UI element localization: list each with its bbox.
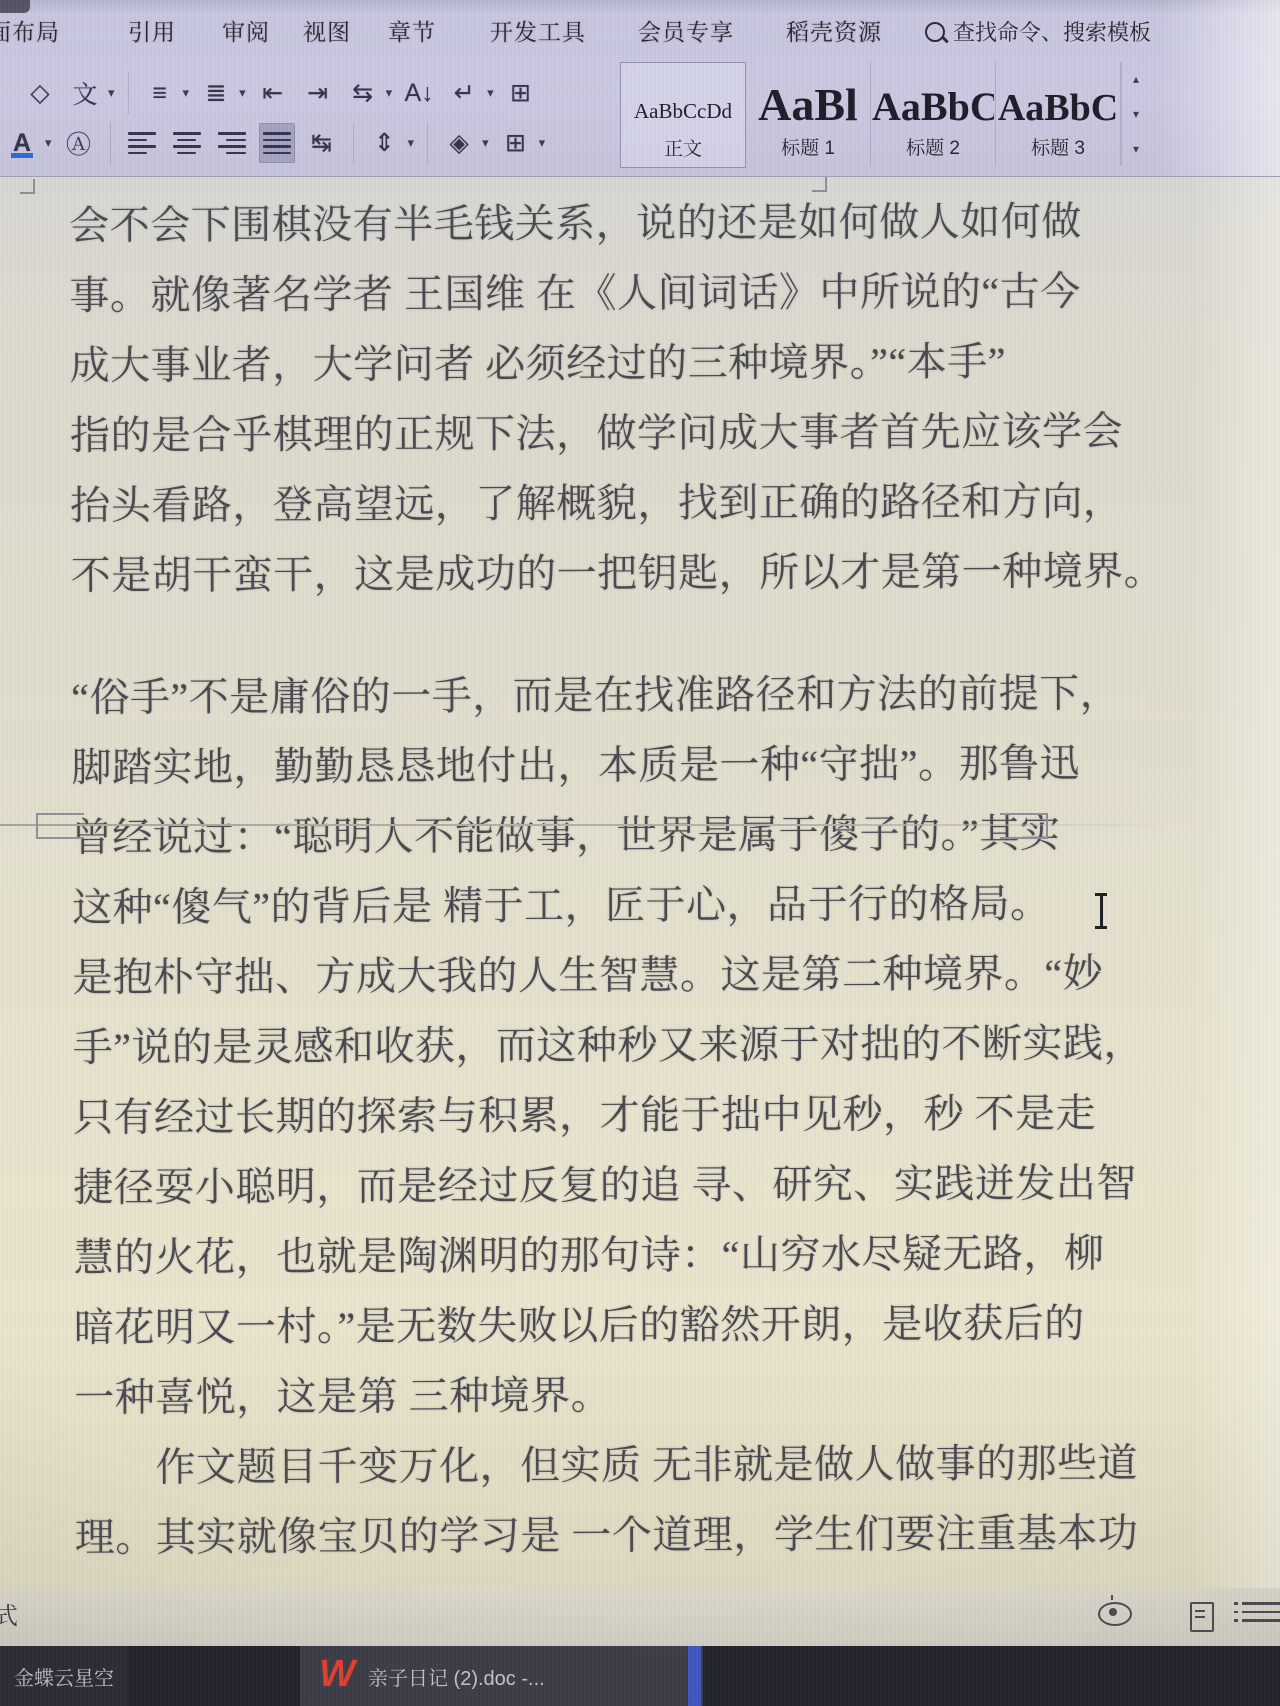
justify-icon[interactable] [259,123,295,163]
justify-glyph [263,132,291,154]
gallery-scroll: ▴ ▾ ▾ [1121,62,1150,166]
distribute-text-icon[interactable]: ↹ [304,123,340,163]
taskbar: 金蝶云星空 W 亲子日记 (2).doc -... [0,1646,1280,1706]
taskbar-item-edge[interactable] [688,1646,701,1706]
gallery-scroll-down-icon[interactable]: ▾ [1133,107,1139,121]
taskbar-item-kingdee[interactable]: 金蝶云星空 [0,1646,128,1706]
page-break-mark-left [36,813,84,839]
soft-wrap-icon[interactable]: ↵ [446,73,482,113]
taskbar-item-label: 亲子日记 (2).doc -... [368,1662,545,1691]
character-border-icon[interactable]: Ⓐ [61,123,97,163]
taskbar-item-wps-document[interactable]: W 亲子日记 (2).doc -... [300,1646,703,1706]
text-direction-icon[interactable]: A↓ [401,73,437,113]
gallery-scroll-up-icon[interactable]: ▴ [1133,72,1139,86]
style-label: 标题 3 [1031,133,1085,160]
toolbar-row-1: ◇ 文 ▾ ≡ ▾ ≣ ▾ ⇤ ⇥ ⇆ ▾ A↓ ↵ ▾ ⊞ [22,72,539,114]
tab-page-layout[interactable]: 面布局 [0,14,60,47]
line-spacing-icon[interactable]: ⇕ [367,123,403,163]
ribbon-tabs-row: 面布局 引用 审阅 视图 章节 开发工具 会员专享 稻壳资源 查找命令、搜索模板 [0,0,1280,58]
chevron-down-icon[interactable]: ▾ [45,135,52,151]
gallery-more-icon[interactable]: ▾ [1133,142,1139,156]
divider [128,72,129,114]
style-preview: AaBbC [998,89,1118,127]
page-view-icon[interactable] [1190,1602,1214,1632]
document-line: 脚踏实地，勤勤恳恳地付出，本质是一种“守拙”。那鲁迅 [71,729,1071,803]
document-line: 这种“傻气”的背后是 精于工，匠于心，品于行的格局。 [72,869,1072,943]
document-line: 暗花明又一村。”是无数失败以后的豁然开朗，是收获后的 [74,1289,1074,1363]
align-right-glyph [218,132,246,154]
command-search[interactable]: 查找命令、搜索模板 [925,16,1151,47]
style-heading-2[interactable]: AaBbC 标题 2 [871,62,996,166]
increase-indent-icon[interactable]: ⇥ [300,73,336,113]
decrease-indent-icon[interactable]: ⇤ [255,73,291,113]
tab-references[interactable]: 引用 [128,14,176,47]
style-normal[interactable]: AaBbCcDd 正文 [620,62,746,168]
style-label: 标题 1 [781,133,835,160]
align-center-glyph [173,132,201,154]
tab-section[interactable]: 章节 [388,14,436,47]
outline-view-icon[interactable] [1242,1602,1280,1628]
document-line: 不是胡干蛮干，这是成功的一把钥匙，所以才是第一种境界。 [71,537,1071,611]
font-color-icon[interactable]: A [4,123,40,163]
document-canvas[interactable]: 会不会下围棋没有半毛钱关系，说的还是如何做人如何做 事。就像著名学者 王国维 在… [0,176,1280,1589]
search-icon [925,22,945,42]
chevron-down-icon[interactable]: ▾ [487,85,494,101]
align-right-icon[interactable] [214,123,250,163]
borders-grid-icon[interactable]: ⊞ [498,123,534,163]
document-line: 只有经过长期的探索与积累，才能于拙中见秒，秒 不是走 [73,1079,1073,1153]
chevron-down-icon[interactable]: ▾ [108,85,115,101]
taskbar-item-label: 金蝶云星空 [14,1662,114,1691]
wps-logo-icon: W [314,1659,356,1693]
document-line: 会不会下围棋没有半毛钱关系，说的还是如何做人如何做 [69,187,1069,261]
toolbar-row-2: A ▾ Ⓐ ↹ ⇕ ▾ ◈ ▾ ⊞ ▾ [4,122,545,164]
align-left-glyph [128,132,156,154]
document-line: 手”说的是灵感和收获，而这种秒又来源于对拙的不断实践， [73,1009,1073,1083]
document-line: 事。就像著名学者 王国维 在《人间词话》中所说的“古今 [69,257,1069,331]
align-center-icon[interactable] [169,123,205,163]
chevron-down-icon[interactable]: ▾ [386,85,393,101]
document-line: “俗手”不是庸俗的一手，而是在找准路径和方法的前提下， [71,659,1071,733]
style-heading-3[interactable]: AaBbC 标题 3 [996,62,1121,166]
style-preview: AaBbC [872,87,994,127]
chevron-down-icon[interactable]: ▾ [239,85,246,101]
status-text: 式 [0,1596,18,1631]
page-break-mark-right [1000,813,1048,839]
page-margin-icon[interactable]: ⊞ [503,73,539,113]
chevron-down-icon[interactable]: ▾ [482,135,489,151]
tab-member-exclusive[interactable]: 会员专享 [638,14,734,47]
document-line: 抬头看路，登高望远，了解概貌，找到正确的路径和方向， [70,467,1070,541]
page-break-gap [71,607,1071,663]
numbered-list-icon[interactable]: ≣ [198,73,234,113]
divider [427,122,428,164]
format-eraser-icon[interactable]: ◇ [22,73,58,113]
screen: 面布局 引用 审阅 视图 章节 开发工具 会员专享 稻壳资源 查找命令、搜索模板… [0,0,1280,1706]
document-line: 曾经说过：“聪明人不能做事，世界是属于傻子的。”其实 [72,799,1072,873]
tab-review[interactable]: 审阅 [222,14,270,47]
style-label: 标题 2 [906,133,960,160]
document-line: 一种喜悦，这是第 三种境界。 [74,1359,1074,1433]
ribbon: 面布局 引用 审阅 视图 章节 开发工具 会员专享 稻壳资源 查找命令、搜索模板… [0,0,1280,176]
style-heading-1[interactable]: AaBl 标题 1 [746,62,871,166]
document-line: 是抱朴守拙、方成大我的人生智慧。这是第二种境界。“妙 [72,939,1072,1013]
eye-protection-icon[interactable] [1098,1602,1132,1626]
page-margin-mark [20,179,35,194]
tab-view[interactable]: 视图 [303,14,351,47]
bullet-list-icon[interactable]: ≡ [142,73,178,113]
document-line: 捷径耍小聪明，而是经过反复的追 寻、研究、实践迸发出智 [73,1149,1073,1223]
search-label: 查找命令、搜索模板 [953,16,1151,47]
tab-developer-tools[interactable]: 开发工具 [490,14,586,47]
document-line: 作文题目千变万化，但实质 无非就是做人做事的那些道 [74,1429,1074,1503]
document-line: 理。其实就像宝贝的学习是 一个道理，学生们要注重基本功 [75,1499,1075,1573]
divider [353,122,354,164]
status-bar: 式 [0,1588,1280,1646]
page-break-line [0,824,1170,826]
tab-docer-resources[interactable]: 稻壳资源 [786,14,882,47]
shading-icon[interactable]: ◈ [441,123,477,163]
character-scale-icon[interactable]: ⇆ [345,73,381,113]
align-left-icon[interactable] [124,123,160,163]
divider [110,122,111,164]
style-preview: AaBbCcDd [634,101,732,122]
document-text: 会不会下围棋没有半毛钱关系，说的还是如何做人如何做 事。就像著名学者 王国维 在… [69,187,1075,1573]
style-preview: AaBl [758,82,858,128]
chevron-down-icon[interactable]: ▾ [408,135,415,151]
style-label: 正文 [664,134,702,161]
chevron-down-icon[interactable]: ▾ [183,85,190,101]
document-line: 慧的火花，也就是陶渊明的那句诗：“山穷水尽疑无路，柳 [73,1219,1073,1293]
styles-gallery: AaBbCcDd 正文 AaBl 标题 1 AaBbC 标题 2 AaBbC 标… [620,62,1180,168]
chevron-down-icon[interactable]: ▾ [539,135,546,151]
pinyin-guide-icon[interactable]: 文 [67,73,103,113]
document-line: 成大事业者，大学问者 必须经过的三种境界。”“本手” [70,327,1070,401]
document-line: 指的是合乎棋理的正规下法，做学问成大事者首先应该学会 [70,397,1070,471]
text-cursor-ibeam [1093,893,1109,929]
